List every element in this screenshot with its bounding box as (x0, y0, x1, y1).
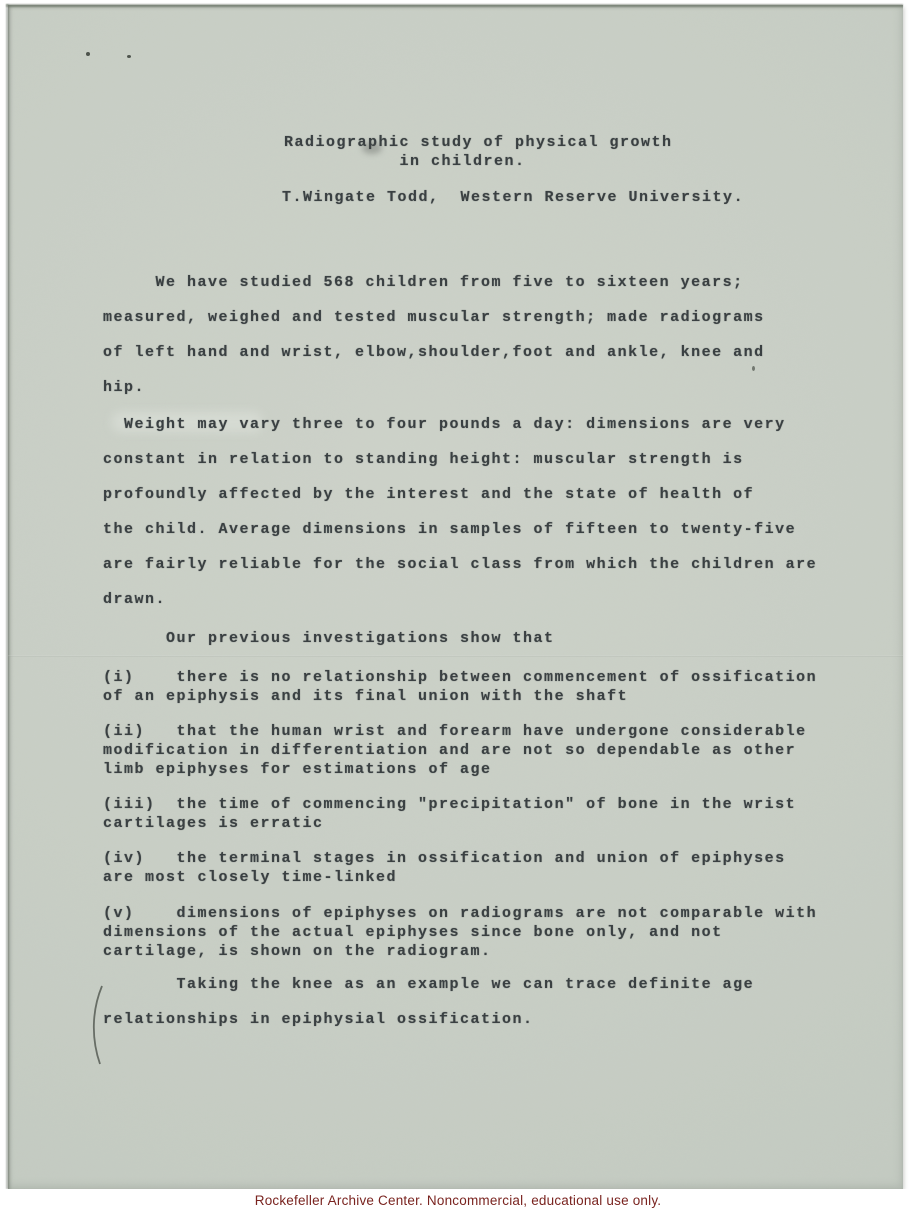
paper-top-edge (6, 4, 903, 7)
footer-strip: Rockefeller Archive Center. Noncommercia… (0, 1189, 916, 1214)
stray-mark (752, 366, 755, 371)
paper-left-edge (6, 4, 9, 1189)
staple-hole (127, 55, 131, 58)
list-item-i: (i) there is no relationship between com… (103, 668, 817, 706)
paragraph: Our previous investigations show that (103, 621, 555, 656)
staple-hole (86, 52, 90, 56)
document-title: Radiographic study of physical growth in… (284, 133, 673, 171)
document-byline: T.Wingate Todd, Western Reserve Universi… (282, 188, 744, 207)
list-item-v: (v) dimensions of epiphyses on radiogram… (103, 904, 817, 961)
paragraph: We have studied 568 children from five t… (103, 265, 765, 405)
list-item-ii: (ii) that the human wrist and forearm ha… (103, 722, 807, 779)
paragraph: Weight may vary three to four pounds a d… (103, 407, 817, 617)
closing-paragraph: Taking the knee as an example we can tra… (103, 967, 754, 1037)
pen-mark (88, 980, 114, 1070)
list-item-iv: (iv) the terminal stages in ossification… (103, 849, 786, 887)
ink-smudge (362, 142, 382, 154)
document-scan: Radiographic study of physical growth in… (0, 0, 916, 1214)
list-item-iii: (iii) the time of commencing "precipitat… (103, 795, 796, 833)
footer-credit: Rockefeller Archive Center. Noncommercia… (0, 1189, 916, 1208)
